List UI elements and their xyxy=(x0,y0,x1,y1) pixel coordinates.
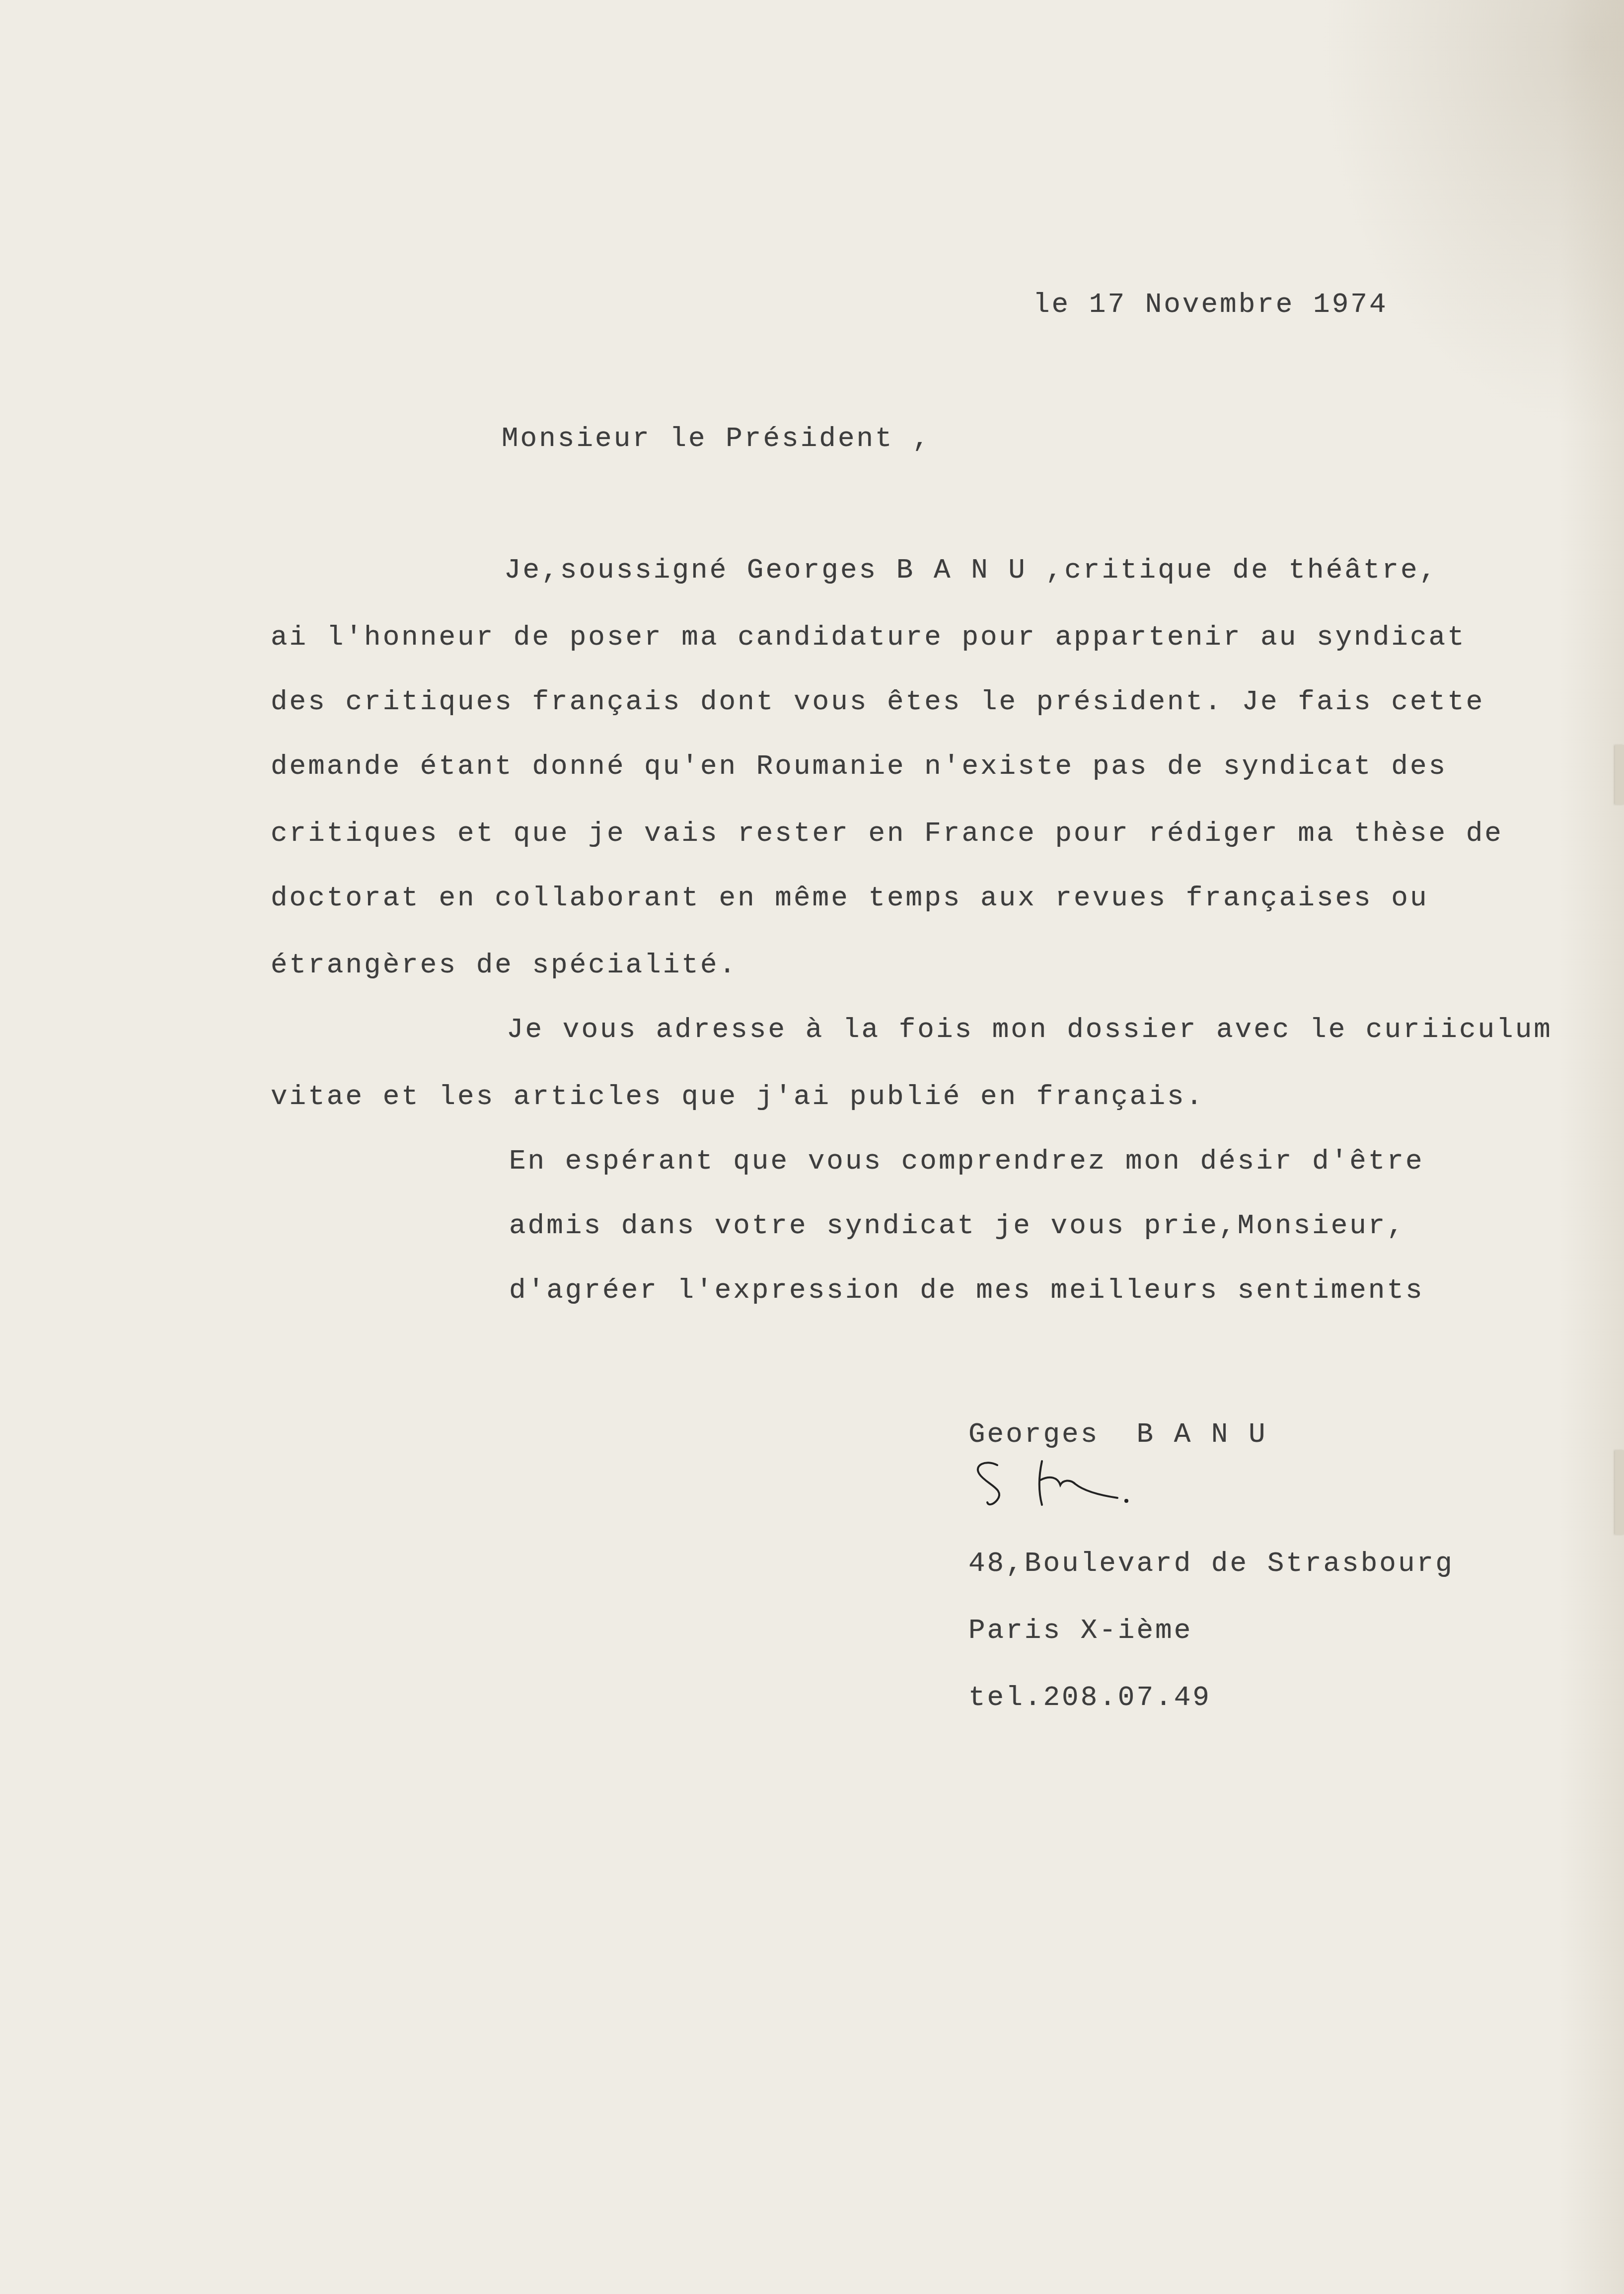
paper-edge-tab xyxy=(1615,1450,1624,1535)
salutation: Monsieur le Président , xyxy=(502,425,931,452)
body-line: doctorat en collaborant en même temps au… xyxy=(271,884,1429,912)
address-street: 48,Boulevard de Strasbourg xyxy=(968,1550,1454,1577)
body-line: d'agréer l'expression de mes meilleurs s… xyxy=(509,1276,1424,1304)
phone-number: tel.208.07.49 xyxy=(968,1684,1211,1711)
letter-date: le 17 Novembre 1974 xyxy=(1033,291,1388,318)
paper-edge-tab xyxy=(1615,745,1624,805)
letter-page: le 17 Novembre 1974 Monsieur le Présiden… xyxy=(0,0,1624,2294)
body-line: demande étant donné qu'en Roumanie n'exi… xyxy=(271,752,1447,780)
body-line: ai l'honneur de poser ma candidature pou… xyxy=(271,623,1466,651)
body-line: critiques et que je vais rester en Franc… xyxy=(271,819,1503,847)
address-city: Paris X-ième xyxy=(968,1617,1192,1644)
body-line: vitae et les articles que j'ai publié en… xyxy=(271,1083,1204,1110)
signer-name: Georges B A N U xyxy=(968,1420,1267,1448)
body-line: étrangères de spécialité. xyxy=(271,951,738,979)
handwritten-signature xyxy=(959,1450,1306,1520)
body-line: des critiques français dont vous êtes le… xyxy=(271,688,1484,716)
body-line: admis dans votre syndicat je vous prie,M… xyxy=(509,1212,1405,1240)
body-line: En espérant que vous comprendrez mon dés… xyxy=(509,1147,1424,1175)
body-line: Je,soussigné Georges B A N U ,critique d… xyxy=(504,556,1438,584)
body-line: Je vous adresse à la fois mon dossier av… xyxy=(507,1016,1552,1043)
